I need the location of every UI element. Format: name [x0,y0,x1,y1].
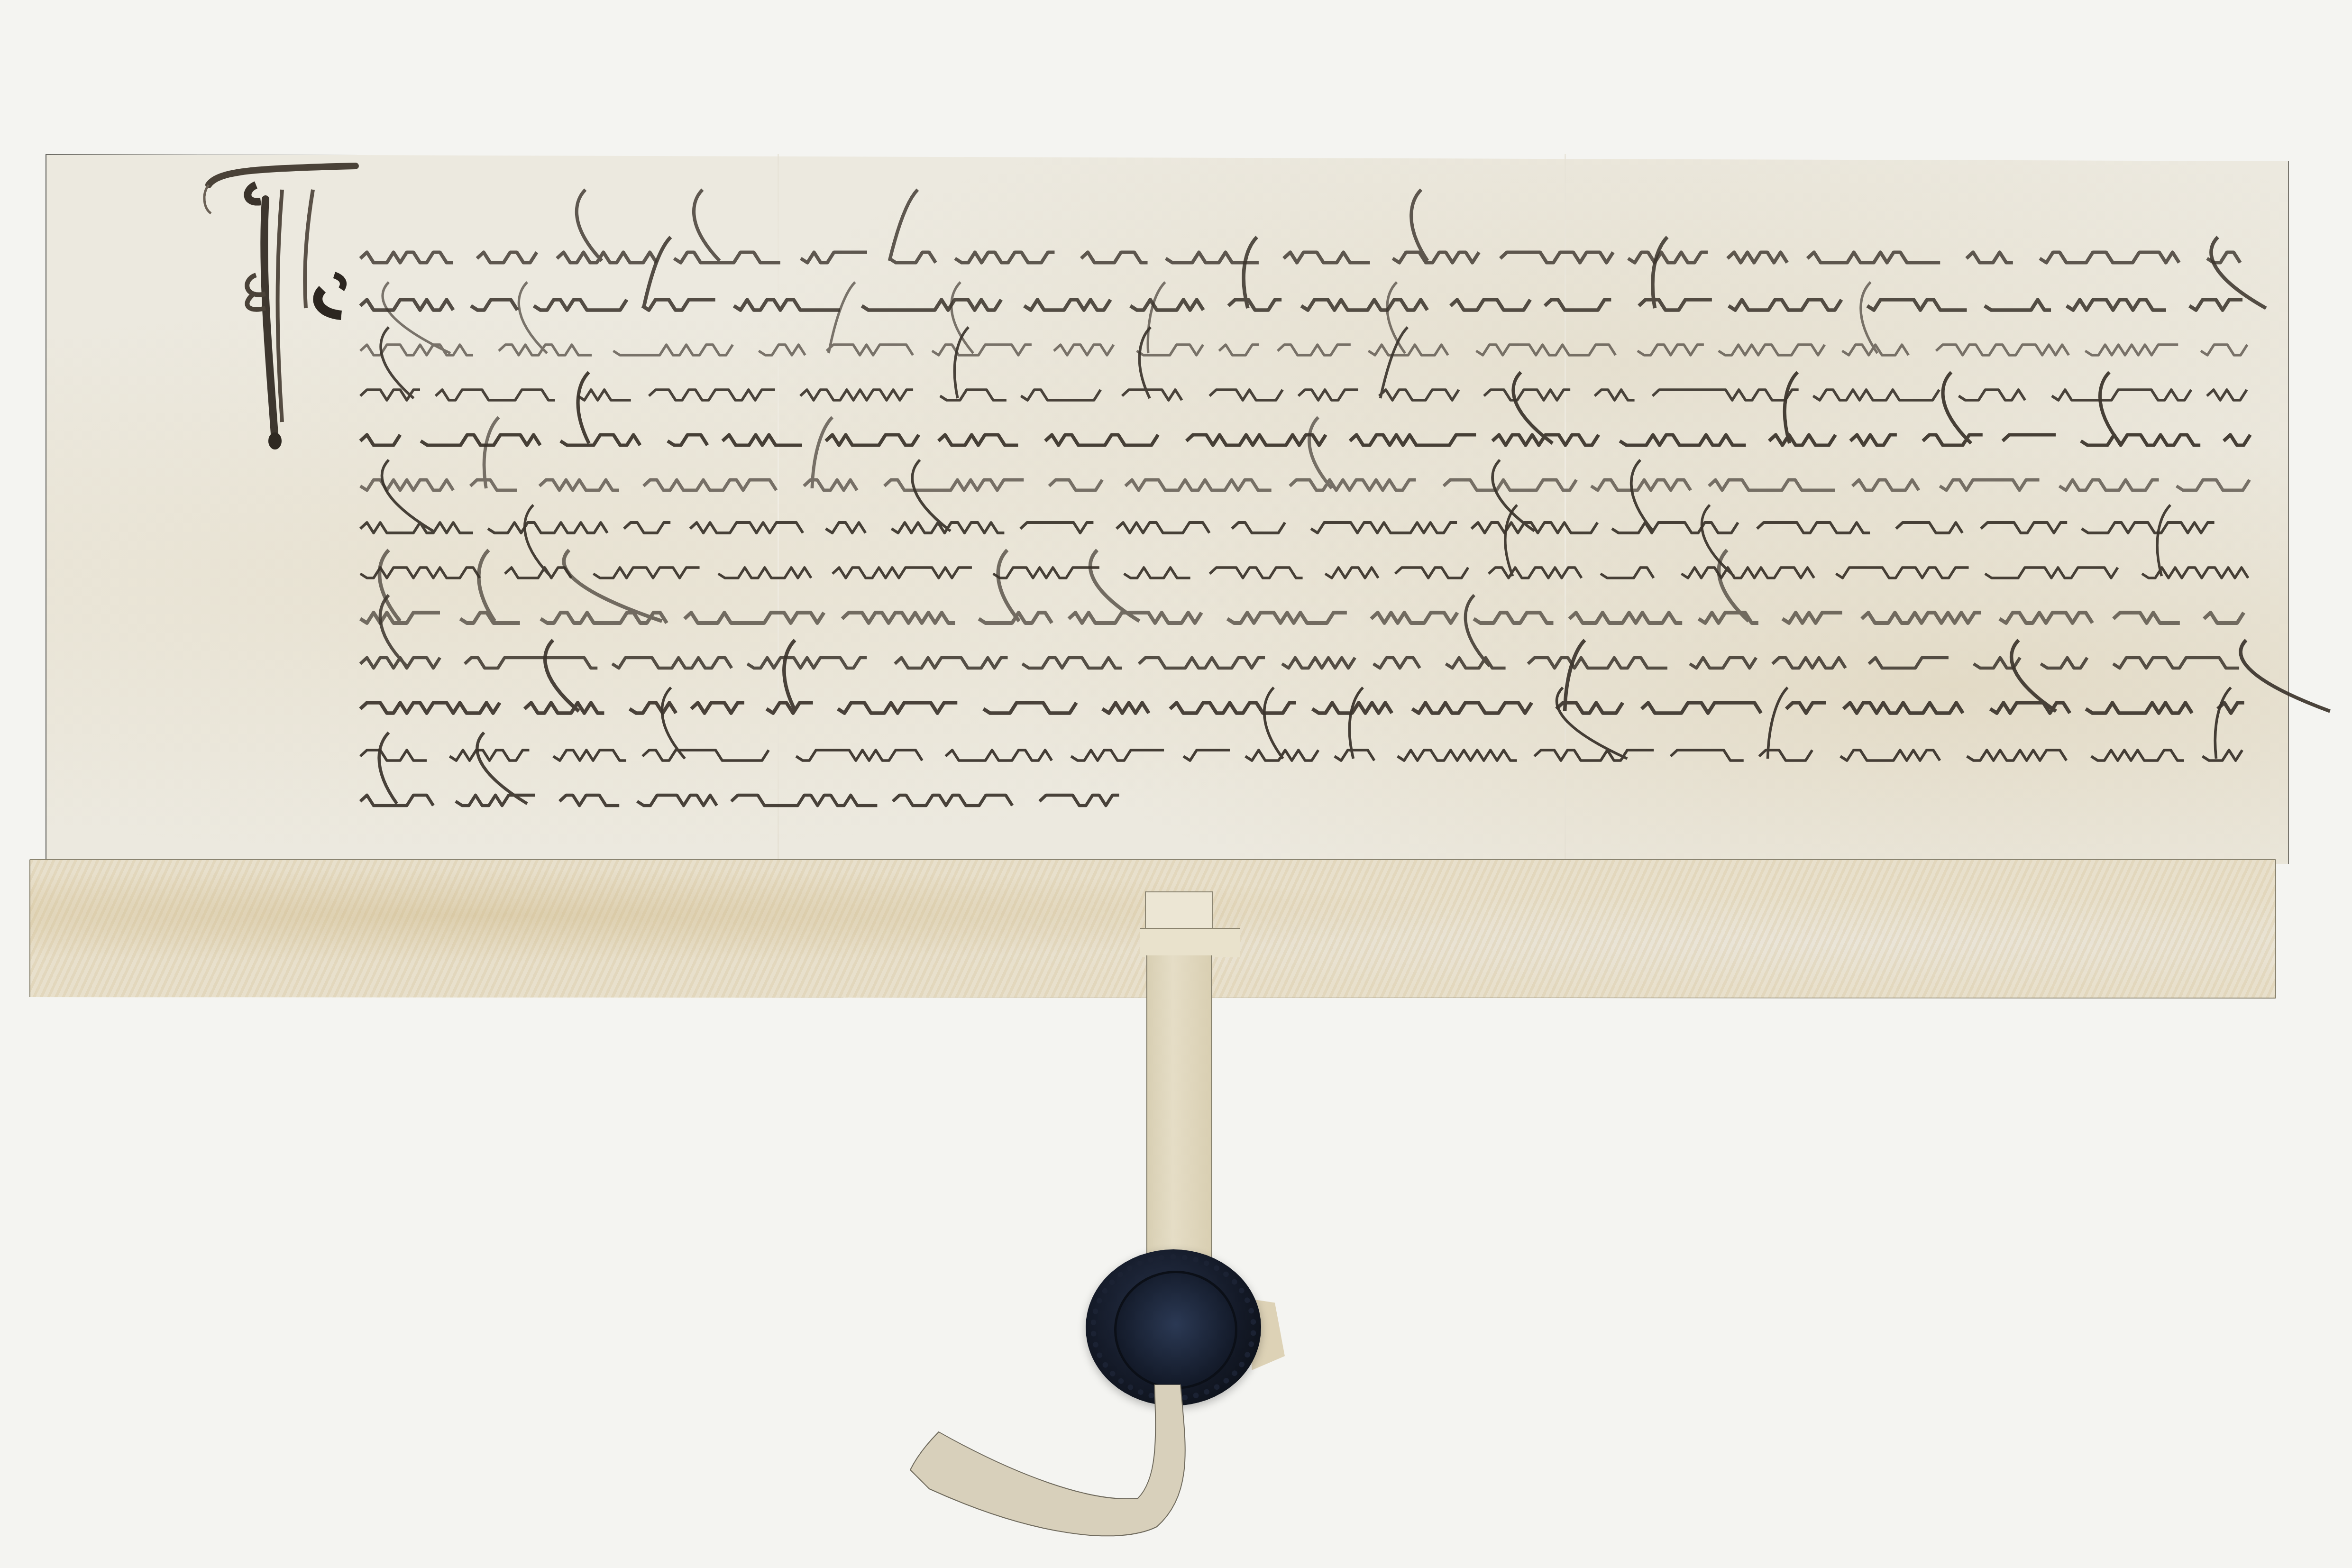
text-line [360,289,2238,318]
seal-tag-tail [891,1385,1233,1555]
text-line [360,692,2238,721]
text-line [360,647,2238,676]
text-line [360,334,2242,363]
wax-seal [1086,1249,1261,1406]
text-line [360,424,2247,453]
text-line [360,602,2242,631]
text-line [360,242,2238,270]
text-line [360,557,2242,586]
text-line [360,785,1119,813]
seal-tag-slot [1145,891,1213,930]
text-line [360,512,2247,541]
seal-shield-emblem [1114,1271,1237,1389]
text-line [360,469,2247,498]
seal-tag-strap [1146,955,1212,1268]
decorated-initial-letter [199,156,370,450]
text-line [360,379,2242,408]
seal-tag-crossband [1140,928,1240,957]
text-line [360,740,2238,768]
